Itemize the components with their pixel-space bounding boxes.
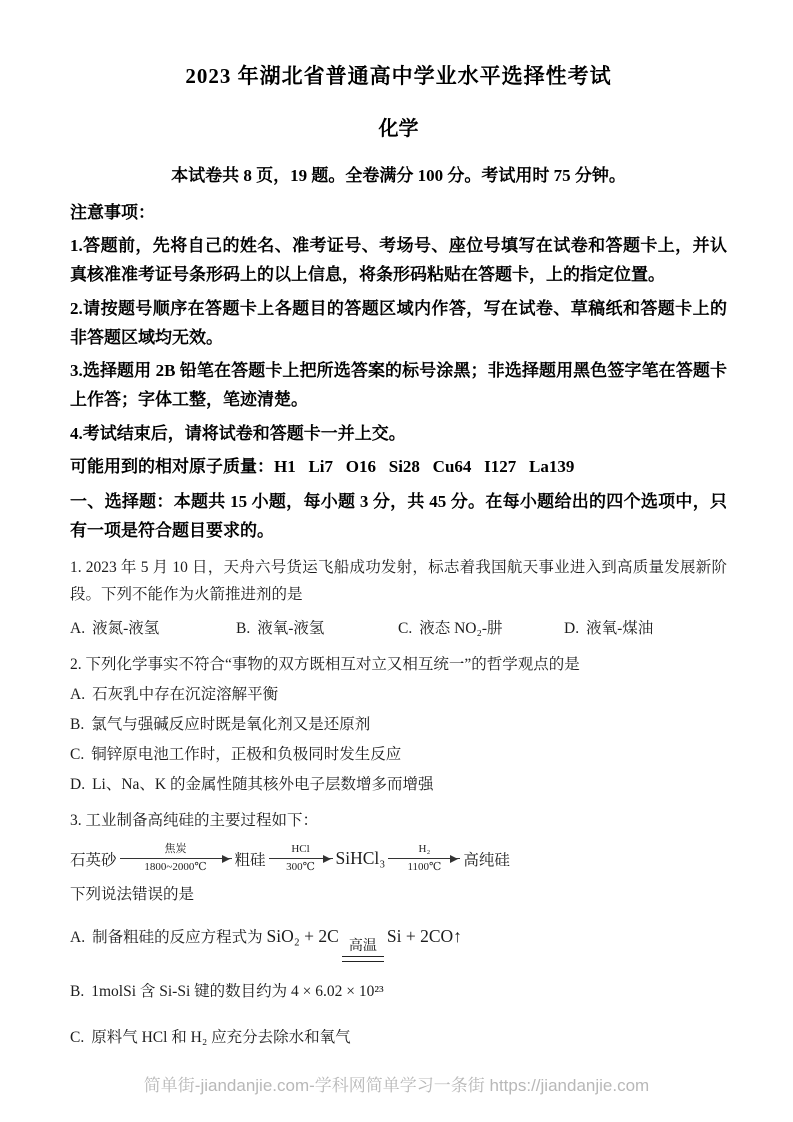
- arrow-condition-above: H₂: [419, 843, 431, 857]
- question-3-option-b: B.1molSi 含 Si-Si 键的数目约为 4 × 6.02 × 10²³: [70, 978, 727, 1006]
- arrow-line-icon: [120, 858, 232, 859]
- question-1-option-b: B.液氧-液氢: [236, 615, 398, 643]
- question-1-option-d: D.液氧-煤油: [564, 615, 727, 643]
- question-3-prompt: 下列说法错误的是: [70, 881, 727, 909]
- option-label: B.: [70, 716, 84, 733]
- notice-item-4: 4.考试结束后，请将试卷和答题卡一并上交。: [70, 419, 727, 448]
- paper-info: 本试卷共 8 页，19 题。全卷满分 100 分。考试用时 75 分钟。: [70, 161, 727, 186]
- option-label: B.: [70, 983, 84, 1000]
- notice-item-2: 2.请按题号顺序在答题卡上各题目的答题区域内作答，写在试卷、草稿纸和答题卡上的非…: [70, 294, 727, 352]
- option-label: C.: [70, 746, 84, 763]
- arrow-line-icon: [388, 858, 460, 859]
- reaction-scheme: 石英砂 焦炭 1800~2000℃ 粗硅 HCl 300℃ SiHCl₃ H₂ …: [70, 843, 727, 876]
- arrow-condition-below: 1800~2000℃: [144, 861, 206, 875]
- question-3-option-a: A.制备粗硅的反应方程式为 SiO₂ + 2C高温Si + 2CO↑: [70, 921, 727, 963]
- question-3-option-c: C.原料气 HCl 和 H₂ 应充分去除水和氧气: [70, 1024, 727, 1052]
- notice-item-3: 3.选择题用 2B 铅笔在答题卡上把所选答案的标号涂黑；非选择题用黑色签字笔在答…: [70, 356, 727, 414]
- option-text: 铜锌原电池工作时，正极和负极同时发生反应: [91, 746, 401, 763]
- arrow-condition-above: 焦炭: [165, 843, 187, 857]
- question-1: 1. 2023 年 5 月 10 日，天舟六号货运飞船成功发射，标志着我国航天事…: [70, 554, 727, 644]
- scheme-product-3: 高纯硅: [463, 848, 510, 870]
- double-line-icon: [342, 956, 384, 962]
- option-text: 液氧-液氢: [257, 620, 324, 637]
- notice-item-1: 1.答题前，先将自己的姓名、准考证号、考场号、座位号填写在试卷和答题卡上，并认真…: [70, 231, 727, 289]
- atomic-masses-line: 可能用到的相对原子质量：H1 Li7 O16 Si28 Cu64 I127 La…: [70, 452, 727, 481]
- option-text: 氯气与强碱反应时既是氧化剂又是还原剂: [91, 716, 370, 733]
- option-text: 原料气 HCl 和 H₂ 应充分去除水和氧气: [91, 1029, 350, 1046]
- question-3: 3. 工业制备高纯硅的主要过程如下： 石英砂 焦炭 1800~2000℃ 粗硅 …: [70, 807, 727, 1053]
- option-text: 1molSi 含 Si-Si 键的数目约为 4 × 6.02 × 10²³: [91, 983, 383, 1000]
- question-2-option-d: D.Li、Na、K 的金属性随其核外电子层数增多而增强: [70, 771, 727, 799]
- option-text: 制备粗硅的反应方程式为: [92, 929, 263, 946]
- reaction-arrow-3: H₂ 1100℃: [388, 843, 460, 876]
- exam-subject: 化学: [70, 112, 727, 141]
- question-1-option-c: C.液态 NO₂-肼: [398, 615, 564, 643]
- scheme-product-1: 粗硅: [235, 848, 266, 870]
- option-label: B.: [236, 620, 250, 637]
- option-label: C.: [70, 1029, 84, 1046]
- notice-heading: 注意事项：: [70, 198, 727, 227]
- watermark-footer: 简单街-jiandanjie.com-学科网简单学习一条街 https://ji…: [0, 1071, 793, 1096]
- equation-condition: 高温: [342, 938, 384, 963]
- option-label: D.: [564, 620, 579, 637]
- arrow-line-icon: [269, 858, 333, 859]
- question-2-option-a: A.石灰乳中存在沉淀溶解平衡: [70, 681, 727, 709]
- exam-document: 2023 年湖北省普通高中学业水平选择性考试 化学 本试卷共 8 页，19 题。…: [0, 0, 793, 1122]
- option-label: C.: [398, 620, 412, 637]
- option-text: 液态 NO₂-肼: [419, 620, 502, 637]
- question-1-stem: 1. 2023 年 5 月 10 日，天舟六号货运飞船成功发射，标志着我国航天事…: [70, 554, 727, 610]
- equation-left: SiO₂ + 2C: [266, 926, 338, 946]
- reaction-arrow-1: 焦炭 1800~2000℃: [120, 843, 232, 876]
- option-label: A.: [70, 620, 85, 637]
- option-label: A.: [70, 686, 85, 703]
- reaction-arrow-2: HCl 300℃: [269, 843, 333, 876]
- question-2-option-b: B.氯气与强碱反应时既是氧化剂又是还原剂: [70, 711, 727, 739]
- arrow-condition-below: 1100℃: [407, 861, 441, 875]
- arrow-condition-below: 300℃: [286, 861, 315, 875]
- exam-title: 2023 年湖北省普通高中学业水平选择性考试: [70, 60, 727, 90]
- option-text: 石灰乳中存在沉淀溶解平衡: [92, 686, 278, 703]
- option-text: 液氧-煤油: [586, 620, 653, 637]
- scheme-product-2: SiHCl₃: [336, 848, 386, 869]
- equation-right: Si + 2CO↑: [387, 926, 462, 946]
- scheme-start-material: 石英砂: [70, 848, 117, 870]
- section-heading: 一、选择题：本题共 15 小题，每小题 3 分，共 45 分。在每小题给出的四个…: [70, 487, 727, 545]
- question-1-options: A.液氮-液氢 B.液氧-液氢 C.液态 NO₂-肼 D.液氧-煤油: [70, 615, 727, 643]
- option-label: D.: [70, 776, 85, 793]
- question-2: 2. 下列化学事实不符合“事物的双方既相互对立又相互统一”的哲学观点的是 A.石…: [70, 651, 727, 798]
- arrow-condition-above: HCl: [291, 843, 309, 857]
- option-text: Li、Na、K 的金属性随其核外电子层数增多而增强: [92, 776, 433, 793]
- option-text: 液氮-液氢: [92, 620, 159, 637]
- question-2-stem: 2. 下列化学事实不符合“事物的双方既相互对立又相互统一”的哲学观点的是: [70, 651, 727, 679]
- question-1-option-a: A.液氮-液氢: [70, 615, 236, 643]
- question-3-stem: 3. 工业制备高纯硅的主要过程如下：: [70, 807, 727, 835]
- question-2-option-c: C.铜锌原电池工作时，正极和负极同时发生反应: [70, 741, 727, 769]
- condition-label: 高温: [349, 938, 377, 956]
- option-label: A.: [70, 929, 85, 946]
